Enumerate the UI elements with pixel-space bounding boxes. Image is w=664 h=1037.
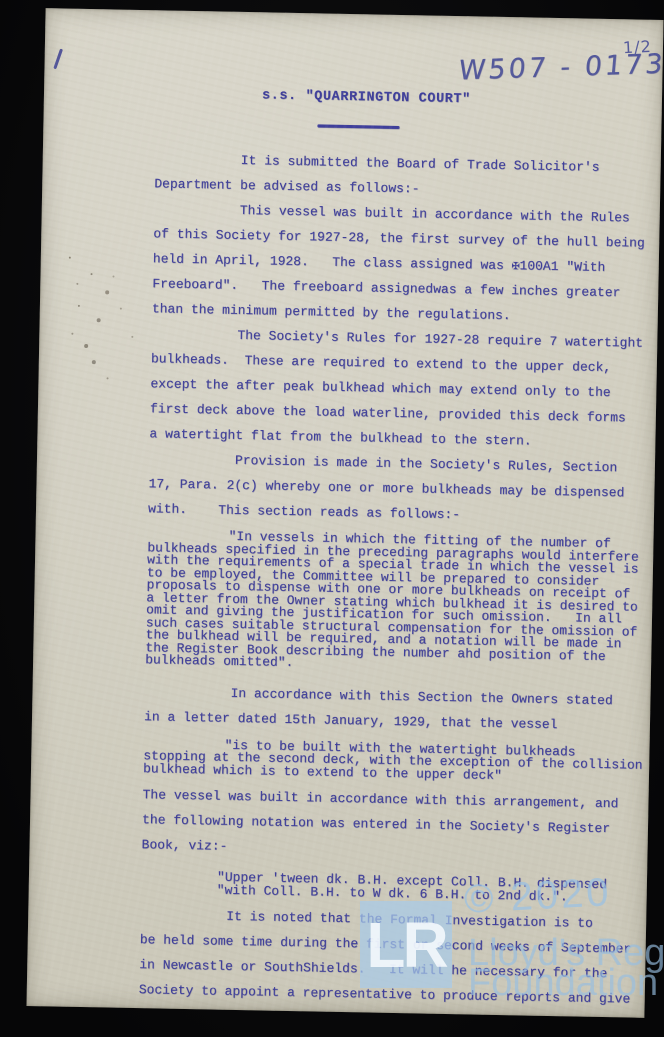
watermark-org-name-2: Foundation <box>468 964 658 1002</box>
logo-monogram: LR <box>366 913 445 977</box>
title-underline <box>317 124 399 129</box>
document-title: s.s. "QUARRINGTON COURT" <box>262 88 471 107</box>
document-page: W507 - 0173 1/2 s.s. "QUARRINGTON COURT"… <box>26 8 663 1018</box>
pen-mark <box>53 48 63 69</box>
lloyds-register-logo: LR <box>360 901 452 988</box>
watermark-year: © 2020 <box>463 870 613 923</box>
scan-background: W507 - 0173 1/2 s.s. "QUARRINGTON COURT"… <box>0 0 664 1037</box>
page-fraction: 1/2 <box>623 37 653 57</box>
paper-speckles <box>69 257 71 259</box>
